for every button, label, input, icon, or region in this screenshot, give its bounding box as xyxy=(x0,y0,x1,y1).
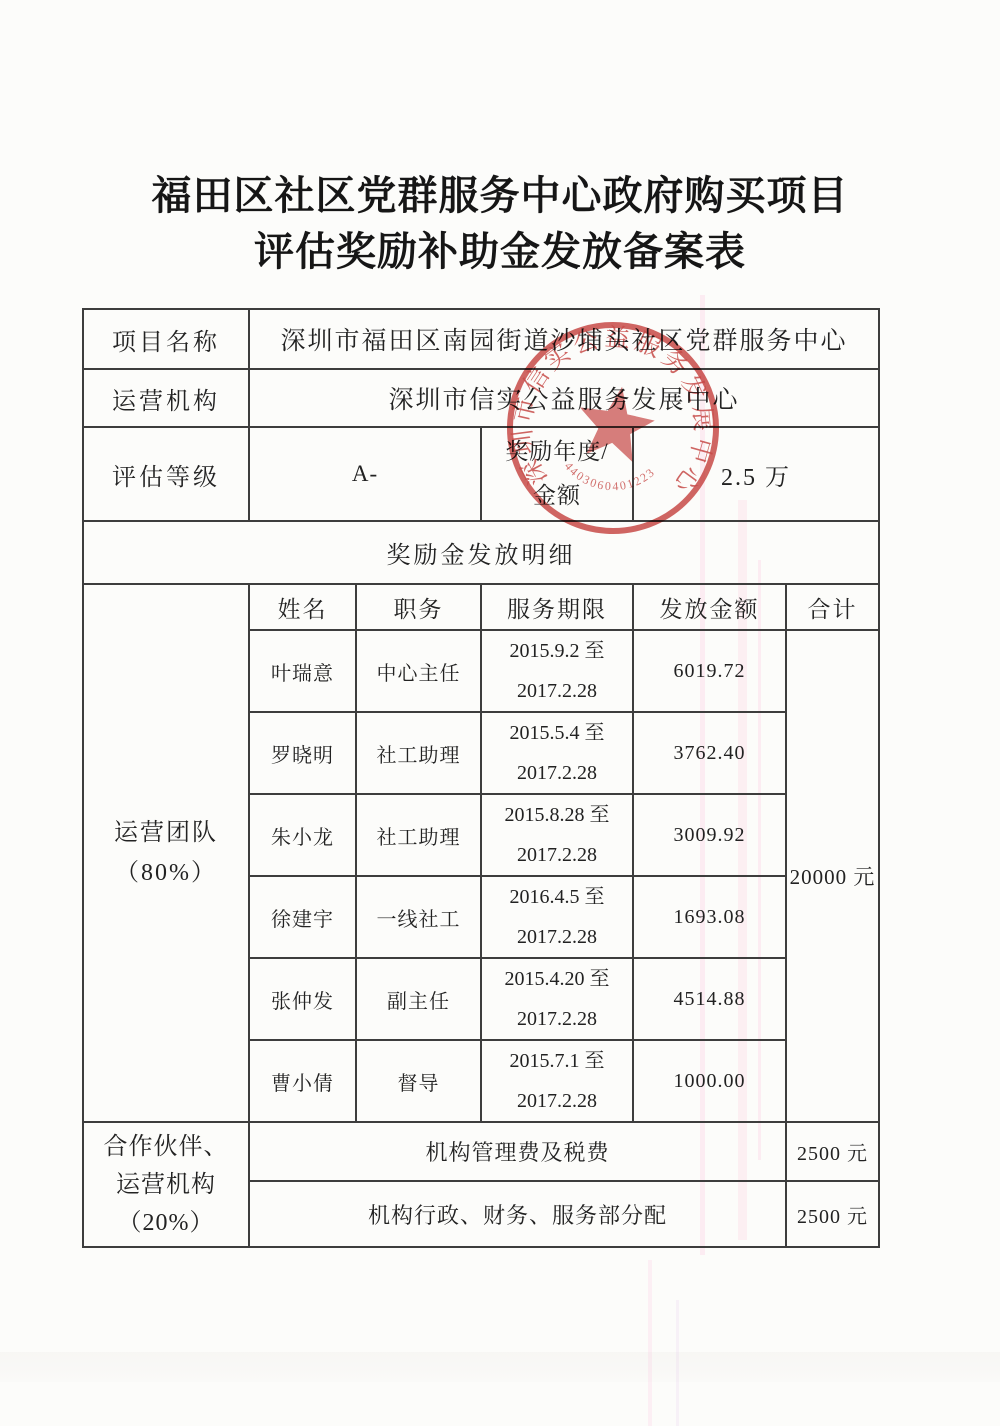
partner-amount: 2500 元 xyxy=(786,1181,879,1247)
award-amount-value: 2.5 万 xyxy=(633,427,879,521)
column-header-position: 职务 xyxy=(356,584,481,630)
staff-period: 2015.7.1 至 2017.2.28 xyxy=(481,1040,633,1122)
document-title-line1: 福田区社区党群服务中心政府购买项目 xyxy=(0,168,1000,224)
document-title-line2: 评估奖励补助金发放备案表 xyxy=(0,224,1000,280)
staff-amount: 3762.40 xyxy=(633,712,786,794)
team-group-label: 运营团队 （80%） xyxy=(83,584,249,1122)
staff-name: 曹小倩 xyxy=(249,1040,356,1122)
staff-amount: 1000.00 xyxy=(633,1040,786,1122)
detail-section-title: 奖励金发放明细 xyxy=(83,521,879,584)
staff-position: 副主任 xyxy=(356,958,481,1040)
grade-value: A- xyxy=(249,427,481,521)
staff-period: 2016.4.5 至 2017.2.28 xyxy=(481,876,633,958)
scan-streak xyxy=(648,1260,652,1426)
staff-position: 中心主任 xyxy=(356,630,481,712)
partner-group-label: 合作伙伴、 运营机构 （20%） xyxy=(83,1122,249,1247)
partner-item: 机构管理费及税费 xyxy=(249,1122,786,1181)
column-header-amount: 发放金额 xyxy=(633,584,786,630)
staff-period: 2015.8.28 至 2017.2.28 xyxy=(481,794,633,876)
partner-item: 机构行政、财务、服务部分配 xyxy=(249,1181,786,1247)
section-title-row: 奖励金发放明细 xyxy=(83,521,879,584)
staff-position: 督导 xyxy=(356,1040,481,1122)
staff-amount: 4514.88 xyxy=(633,958,786,1040)
staff-name: 朱小龙 xyxy=(249,794,356,876)
scan-noise-band xyxy=(0,1352,1000,1382)
staff-position: 一线社工 xyxy=(356,876,481,958)
scan-streak xyxy=(676,1300,679,1426)
staff-name: 叶瑞意 xyxy=(249,630,356,712)
grade-label: 评估等级 xyxy=(83,427,249,521)
team-total-value: 20000 元 xyxy=(786,630,879,1122)
staff-position: 社工助理 xyxy=(356,712,481,794)
detail-header-row: 运营团队 （80%） 姓名 职务 服务期限 发放金额 合计 xyxy=(83,584,879,630)
staff-amount: 1693.08 xyxy=(633,876,786,958)
staff-position: 社工助理 xyxy=(356,794,481,876)
scanned-document-page: 福田区社区党群服务中心政府购买项目 评估奖励补助金发放备案表 项目名称 深圳市福… xyxy=(0,0,1000,1426)
record-table: 项目名称 深圳市福田区南园街道沙埔头社区党群服务中心 运营机构 深圳市信实公益服… xyxy=(82,308,880,1248)
staff-name: 罗晓明 xyxy=(249,712,356,794)
agency-label: 运营机构 xyxy=(83,369,249,427)
column-header-period: 服务期限 xyxy=(481,584,633,630)
grade-row: 评估等级 A- 奖励年度/ 金额 2.5 万 xyxy=(83,427,879,521)
award-year-amount-label: 奖励年度/ 金额 xyxy=(481,427,633,521)
staff-amount: 3009.92 xyxy=(633,794,786,876)
column-header-total: 合计 xyxy=(786,584,879,630)
column-header-name: 姓名 xyxy=(249,584,356,630)
staff-period: 2015.4.20 至 2017.2.28 xyxy=(481,958,633,1040)
staff-period: 2015.9.2 至 2017.2.28 xyxy=(481,630,633,712)
project-name-label: 项目名称 xyxy=(83,309,249,369)
agency-row: 运营机构 深圳市信实公益服务发展中心 xyxy=(83,369,879,427)
partner-amount: 2500 元 xyxy=(786,1122,879,1181)
agency-value: 深圳市信实公益服务发展中心 xyxy=(249,369,879,427)
partner-row: 合作伙伴、 运营机构 （20%） 机构管理费及税费 2500 元 xyxy=(83,1122,879,1181)
staff-name: 徐建宇 xyxy=(249,876,356,958)
project-name-row: 项目名称 深圳市福田区南园街道沙埔头社区党群服务中心 xyxy=(83,309,879,369)
staff-amount: 6019.72 xyxy=(633,630,786,712)
staff-name: 张仲发 xyxy=(249,958,356,1040)
document-title: 福田区社区党群服务中心政府购买项目 评估奖励补助金发放备案表 xyxy=(0,168,1000,280)
staff-period: 2015.5.4 至 2017.2.28 xyxy=(481,712,633,794)
project-name-value: 深圳市福田区南园街道沙埔头社区党群服务中心 xyxy=(249,309,879,369)
